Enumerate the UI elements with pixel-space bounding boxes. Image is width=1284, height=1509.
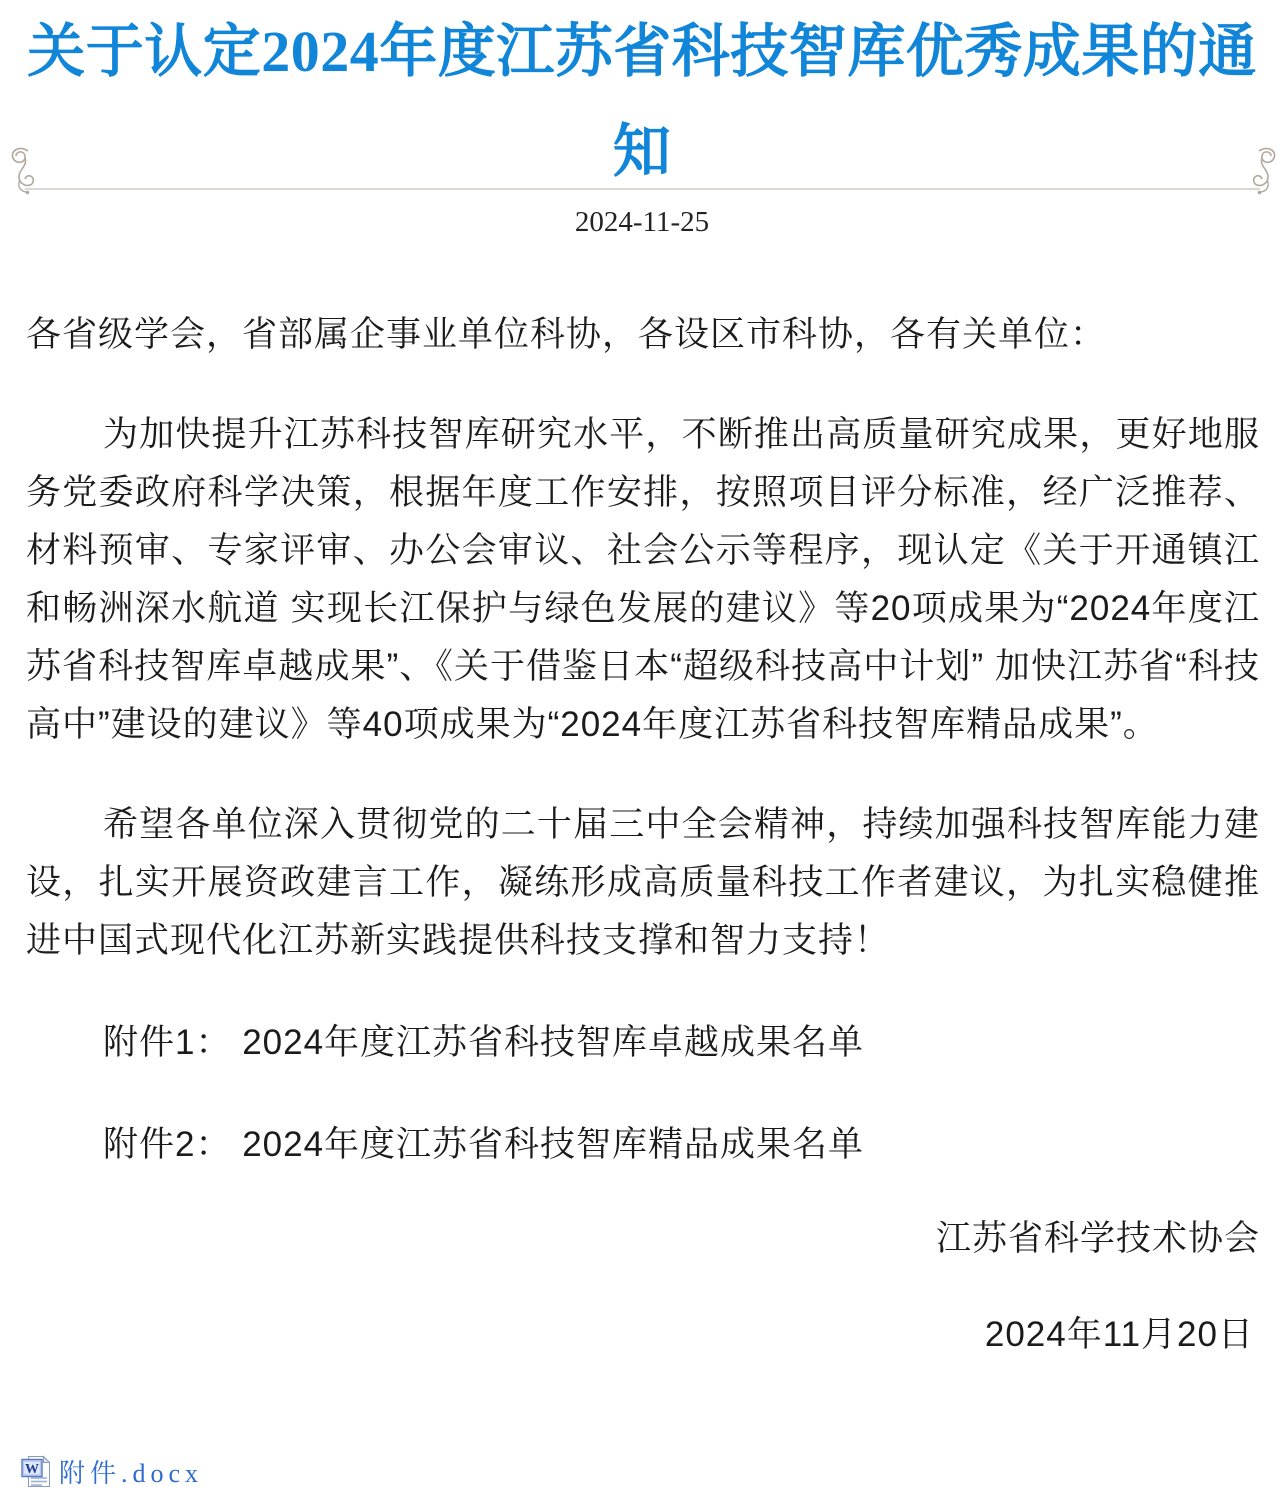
svg-text:W: W xyxy=(25,1462,39,1477)
attachment-line-1: 附件1： 2024年度江苏省科技智库卓越成果名单 xyxy=(26,1014,1260,1072)
page-title: 关于认定2024年度江苏省科技智库优秀成果的通知 xyxy=(0,2,1284,202)
notice-paragraph: 希望各单位深入贯彻党的二十届三中全会精神，持续加强科技智库能力建设，扎实开展资政… xyxy=(26,796,1260,970)
signature: 江苏省科学技术协会 xyxy=(26,1210,1260,1268)
attachment-file-link[interactable]: 附件.docx xyxy=(59,1453,203,1490)
publish-date: 2024-11-25 xyxy=(0,204,1284,240)
attachment-file-row: W 附件.docx xyxy=(21,1453,203,1490)
notice-paragraph: 为加快提升江苏科技智库研究水平，不断推出高质量研究成果，更好地服务党委政府科学决… xyxy=(26,406,1260,754)
attachment-line-2: 附件2： 2024年度江苏省科技智库精品成果名单 xyxy=(26,1116,1260,1174)
sign-date: 2024年11月20日 xyxy=(26,1306,1260,1364)
word-document-icon: W xyxy=(21,1455,52,1488)
notice-page: 关于认定2024年度江苏省科技智库优秀成果的通知 2024-11-25 各省级学… xyxy=(0,0,1284,1509)
notice-body: 各省级学会，省部属企事业单位科协，各设区市科协，各有关单位： 为加快提升江苏科技… xyxy=(0,306,1284,1364)
salutation: 各省级学会，省部属企事业单位科协，各设区市科协，各有关单位： xyxy=(26,306,1260,364)
